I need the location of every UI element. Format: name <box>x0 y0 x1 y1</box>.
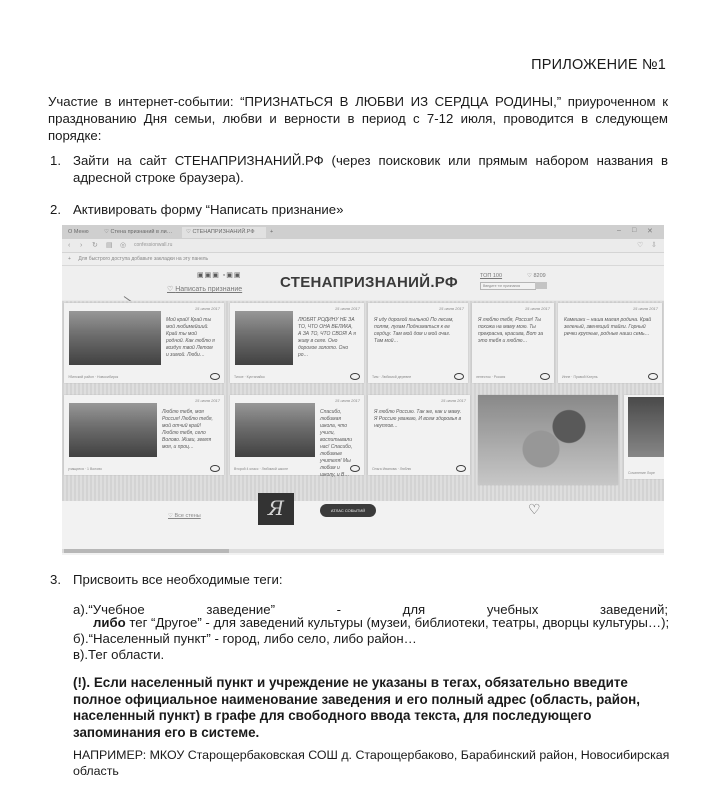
card-date: 15 июля 2017 <box>335 398 360 403</box>
tab-wall[interactable]: ♡ Стена признаний в ли… <box>100 227 184 238</box>
eye-icon[interactable] <box>210 373 220 380</box>
eye-icon[interactable] <box>454 373 464 380</box>
confession-card[interactable]: 15 июля 2017Люблю тебя, моя Россия! Любл… <box>64 395 224 475</box>
maximize-icon[interactable]: □ <box>632 227 636 234</box>
tabs-grid-icon[interactable]: ▤ <box>106 240 113 251</box>
confession-card[interactable]: 15 июля 2017ЛЮБЯТ РОДИНУ НЕ ЗА ТО, ЧТО О… <box>230 303 364 383</box>
new-tab-button[interactable]: + <box>266 227 278 238</box>
card-text: Мой край! Край ты мой любимейший. Край т… <box>166 317 216 359</box>
step-number: 3. <box>50 571 61 588</box>
eye-icon[interactable] <box>350 373 360 380</box>
write-confession-link[interactable]: ♡ Написать признание <box>167 285 242 293</box>
warning-note: (!). Если населенный пункт и учреждение … <box>73 675 668 741</box>
card-tags[interactable]: Ольга Иванова · Люблю <box>372 467 411 471</box>
card-text: Я люблю Россию. Так же, как и маму. Я Ро… <box>374 409 462 430</box>
card-photo <box>235 403 315 457</box>
eye-icon[interactable] <box>456 465 466 472</box>
step-number: 2. <box>50 201 61 218</box>
card-photo <box>628 397 664 457</box>
year-badge-logo[interactable]: Я <box>258 493 294 525</box>
card-tags[interactable]: лепесток · Россия <box>476 375 505 379</box>
confession-wall: 15 июля 2017Мой край! Край ты мой любиме… <box>62 301 664 501</box>
confession-card[interactable]: 15 июля 2017Я иду дорогой пыльной По лес… <box>368 303 468 383</box>
top-100-link[interactable]: ТОП 100 <box>480 273 502 279</box>
confession-card[interactable]: 15 июля 2017Камешки – наша малая родина.… <box>558 303 662 383</box>
minimize-icon[interactable]: – <box>617 227 621 234</box>
card-date: 15 июля 2017 <box>195 398 220 403</box>
tab-menu[interactable]: O Меню <box>64 227 102 238</box>
step-1: 1. Зайти на сайт СТЕНАПРИЗНАНИЙ.РФ (чере… <box>0 152 718 186</box>
bookmarks-bar: + Для быстрого доступа добавьте закладки… <box>62 253 664 266</box>
tag-search-input[interactable]: Введите тэг признания <box>480 282 536 290</box>
card-text: Я люблю тебя, Россия! Ты похожа на маму … <box>478 317 546 345</box>
confession-card[interactable]: 15 июля 2017Я люблю Россию. Так же, как … <box>368 395 470 475</box>
step-text: Активировать форму “Написать признание» <box>73 201 668 218</box>
all-walls-link[interactable]: ♡ Все стены <box>168 513 201 519</box>
step-2: 2. Активировать форму “Написать признани… <box>0 201 718 218</box>
url-field[interactable]: confessionwall.ru <box>134 240 172 251</box>
eye-icon[interactable] <box>648 373 658 380</box>
card-date: 15 июля 2017 <box>441 398 466 403</box>
tag-other: либо тег “Другое” - для заведений культу… <box>93 614 669 631</box>
card-caption: Сочинение Лоре <box>628 471 655 475</box>
tag-locality: б).“Населенный пункт” - город, либо село… <box>73 630 417 647</box>
website-screenshot: O Меню ♡ Стена признаний в ли… ♡ СТЕНАПР… <box>62 225 664 555</box>
search-button[interactable] <box>535 282 547 289</box>
eye-icon[interactable] <box>210 465 220 472</box>
site-logo[interactable]: СТЕНАПРИЗНАНИЙ.РФ <box>280 274 458 291</box>
scrollbar-thumb[interactable] <box>64 549 229 553</box>
tag-other-text: тег “Другое” - для заведений культуры (м… <box>126 615 669 630</box>
browser-tab-bar: O Меню ♡ Стена признаний в ли… ♡ СТЕНАПР… <box>62 225 664 239</box>
card-date: 15 июля 2017 <box>525 306 550 311</box>
card-tags[interactable]: Тихое · Кустанайск <box>234 375 265 379</box>
download-icon[interactable]: ⇩ <box>651 240 657 251</box>
social-icons[interactable]: ▣▣▣ ▫▣▣ <box>197 271 242 279</box>
confession-card[interactable]: 15 июля 2017Я люблю тебя, Россия! Ты пох… <box>472 303 554 383</box>
card-date: 15 июля 2017 <box>335 306 360 311</box>
horizontal-scrollbar[interactable] <box>62 549 664 553</box>
card-tags[interactable]: Тим · Любимой деревне <box>372 375 411 379</box>
add-bookmark-icon[interactable]: + <box>68 256 71 262</box>
address-bar: ‹ › ↻ ▤ ◎ confessionwall.ru ♡ ⇩ <box>62 239 664 253</box>
card-text: Я иду дорогой пыльной По лесам, полям, л… <box>374 317 460 345</box>
card-date: 15 июля 2017 <box>439 306 464 311</box>
tag-region: в).Тег области. <box>73 646 164 663</box>
confession-card[interactable]: 15 июля 2017Спасибо, любимая школа, что … <box>230 395 364 475</box>
card-tags[interactable]: Убинский район · Новосибирск <box>68 375 118 379</box>
bookmark-icon[interactable]: ♡ <box>637 240 643 251</box>
card-tags[interactable]: Инне · Правой Катунь <box>562 375 598 379</box>
bookmarks-hint: Для быстрого доступа добавьте закладки н… <box>78 256 208 262</box>
card-photo <box>235 311 293 365</box>
step-number: 1. <box>50 152 61 169</box>
heart-emblem-icon: ♡ <box>528 501 541 518</box>
card-text: Люблю тебя, моя Россия! Люблю тебя, мой … <box>162 409 216 451</box>
photo-card[interactable] <box>478 395 618 485</box>
site-info-icon[interactable]: ◎ <box>120 240 126 251</box>
partial-photo-card[interactable]: Сочинение Лоре <box>624 395 664 479</box>
close-icon[interactable]: ✕ <box>647 227 653 235</box>
atlas-events-button[interactable]: АТЛАС СОБЫТИЙ <box>320 504 376 517</box>
appendix-title: ПРИЛОЖЕНИЕ №1 <box>531 57 666 73</box>
step-text: Присвоить все необходимые теги: <box>73 571 668 588</box>
site-footer: ♡ Все стены Я АТЛАС СОБЫТИЙ ♡ <box>62 501 664 555</box>
confession-count: ♡ 8209 <box>527 273 546 279</box>
card-photo <box>69 403 157 457</box>
eye-icon[interactable] <box>350 465 360 472</box>
either-word: либо <box>93 615 126 630</box>
site-header: ▣▣▣ ▫▣▣ ♡ Написать признание СТЕНАПРИЗНА… <box>62 266 664 300</box>
step-3: 3. Присвоить все необходимые теги: <box>0 571 718 588</box>
back-icon[interactable]: ‹ <box>68 240 70 251</box>
example-text: НАПРИМЕР: МКОУ Старощербаковская СОШ д. … <box>73 747 673 779</box>
reload-icon[interactable]: ↻ <box>92 240 98 251</box>
card-date: 15 июля 2017 <box>195 306 220 311</box>
card-tags[interactable]: учащиеся · 1 Волово <box>68 467 102 471</box>
card-text: ЛЮБЯТ РОДИНУ НЕ ЗА ТО, ЧТО ОНА ВЕЛИКА, А… <box>298 317 356 359</box>
confession-card[interactable]: 15 июля 2017Мой край! Край ты мой любиме… <box>64 303 224 383</box>
card-text: Камешки – наша малая родина. Край зелены… <box>564 317 654 338</box>
eye-icon[interactable] <box>540 373 550 380</box>
heart-icon: ♡ <box>167 286 175 293</box>
card-photo <box>69 311 161 365</box>
step-text: Зайти на сайт СТЕНАПРИЗНАНИЙ.РФ (через п… <box>73 152 668 186</box>
forward-icon[interactable]: › <box>80 240 82 251</box>
tab-stenapriznaniy[interactable]: ♡ СТЕНАПРИЗНАНИЙ.РФ <box>182 227 266 238</box>
intro-paragraph: Участие в интернет-событии: “ПРИЗНАТЬСЯ … <box>48 93 668 144</box>
card-date: 15 июля 2017 <box>633 306 658 311</box>
card-tags[interactable]: Второй 4 класс · Любимой школе <box>234 467 288 471</box>
